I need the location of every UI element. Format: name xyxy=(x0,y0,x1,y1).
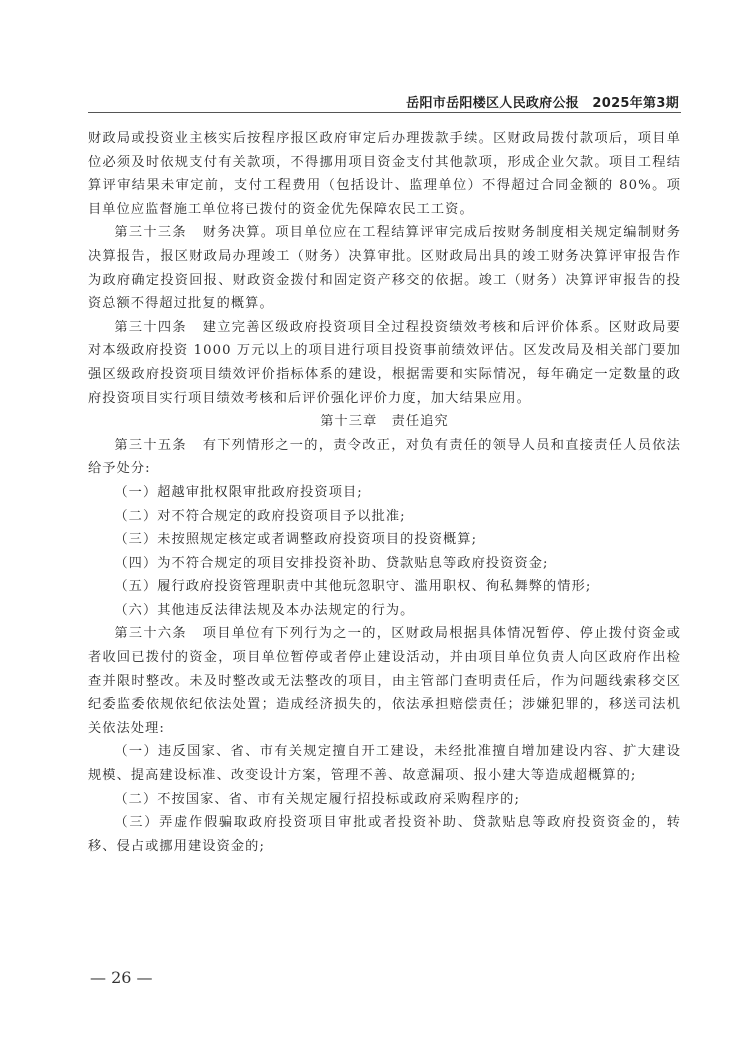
list-item: （五）履行政府投资管理职责中其他玩忽职守、滥用职权、徇私舞弊的情形; xyxy=(88,575,681,599)
list-item: （一）超越审批权限审批政府投资项目; xyxy=(88,481,681,505)
article-text: 项目单位有下列行为之一的，区财政局根据具体情况暂停、停止拨付资金或者收回已拨付的… xyxy=(88,626,681,735)
article-35: 第三十五条有下列情形之一的，责令改正，对负有责任的领导人员和直接责任人员依法给予… xyxy=(88,434,681,481)
list-item: （二）不按国家、省、市有关规定履行招投标或政府采购程序的; xyxy=(88,788,681,812)
list-item: （一）违反国家、省、市有关规定擅自开工建设，未经批准擅自增加建设内容、扩大建设规… xyxy=(88,740,681,787)
chapter-heading: 第十三章 责任追究 xyxy=(88,410,681,434)
article-label: 第三十五条 xyxy=(114,438,187,453)
gazette-title: 岳阳市岳阳楼区人民政府公报 2025年第3期 xyxy=(406,92,679,111)
list-item: （六）其他违反法律法规及本办法规定的行为。 xyxy=(88,599,681,623)
list-item: （二）对不符合规定的政府投资项目予以批准; xyxy=(88,505,681,529)
page-number: — 26 — xyxy=(90,968,153,987)
list-item: （三）弄虚作假骗取政府投资项目审批或者投资补助、贷款贴息等政府投资资金的，转移、… xyxy=(88,811,681,858)
document-body: 财政局或投资业主核实后按程序报区政府审定后办理拨款手续。区财政局拨付款项后，项目… xyxy=(88,127,681,858)
paragraph-continuation: 财政局或投资业主核实后按程序报区政府审定后办理拨款手续。区财政局拨付款项后，项目… xyxy=(88,127,681,221)
page-header: 岳阳市岳阳楼区人民政府公报 2025年第3期 xyxy=(88,92,681,113)
article-36: 第三十六条项目单位有下列行为之一的，区财政局根据具体情况暂停、停止拨付资金或者收… xyxy=(88,622,681,740)
article-label: 第三十三条 xyxy=(114,225,187,240)
list-item: （三）未按照规定核定或者调整政府投资项目的投资概算; xyxy=(88,528,681,552)
article-33: 第三十三条财务决算。项目单位应在工程结算评审完成后按财务制度相关规定编制财务决算… xyxy=(88,221,681,315)
list-item: （四）为不符合规定的项目安排投资补助、贷款贴息等政府投资资金; xyxy=(88,552,681,576)
article-34: 第三十四条建立完善区级政府投资项目全过程投资绩效考核和后评价体系。区财政局要对本… xyxy=(88,316,681,410)
article-label: 第三十六条 xyxy=(114,626,187,641)
article-label: 第三十四条 xyxy=(114,320,187,335)
